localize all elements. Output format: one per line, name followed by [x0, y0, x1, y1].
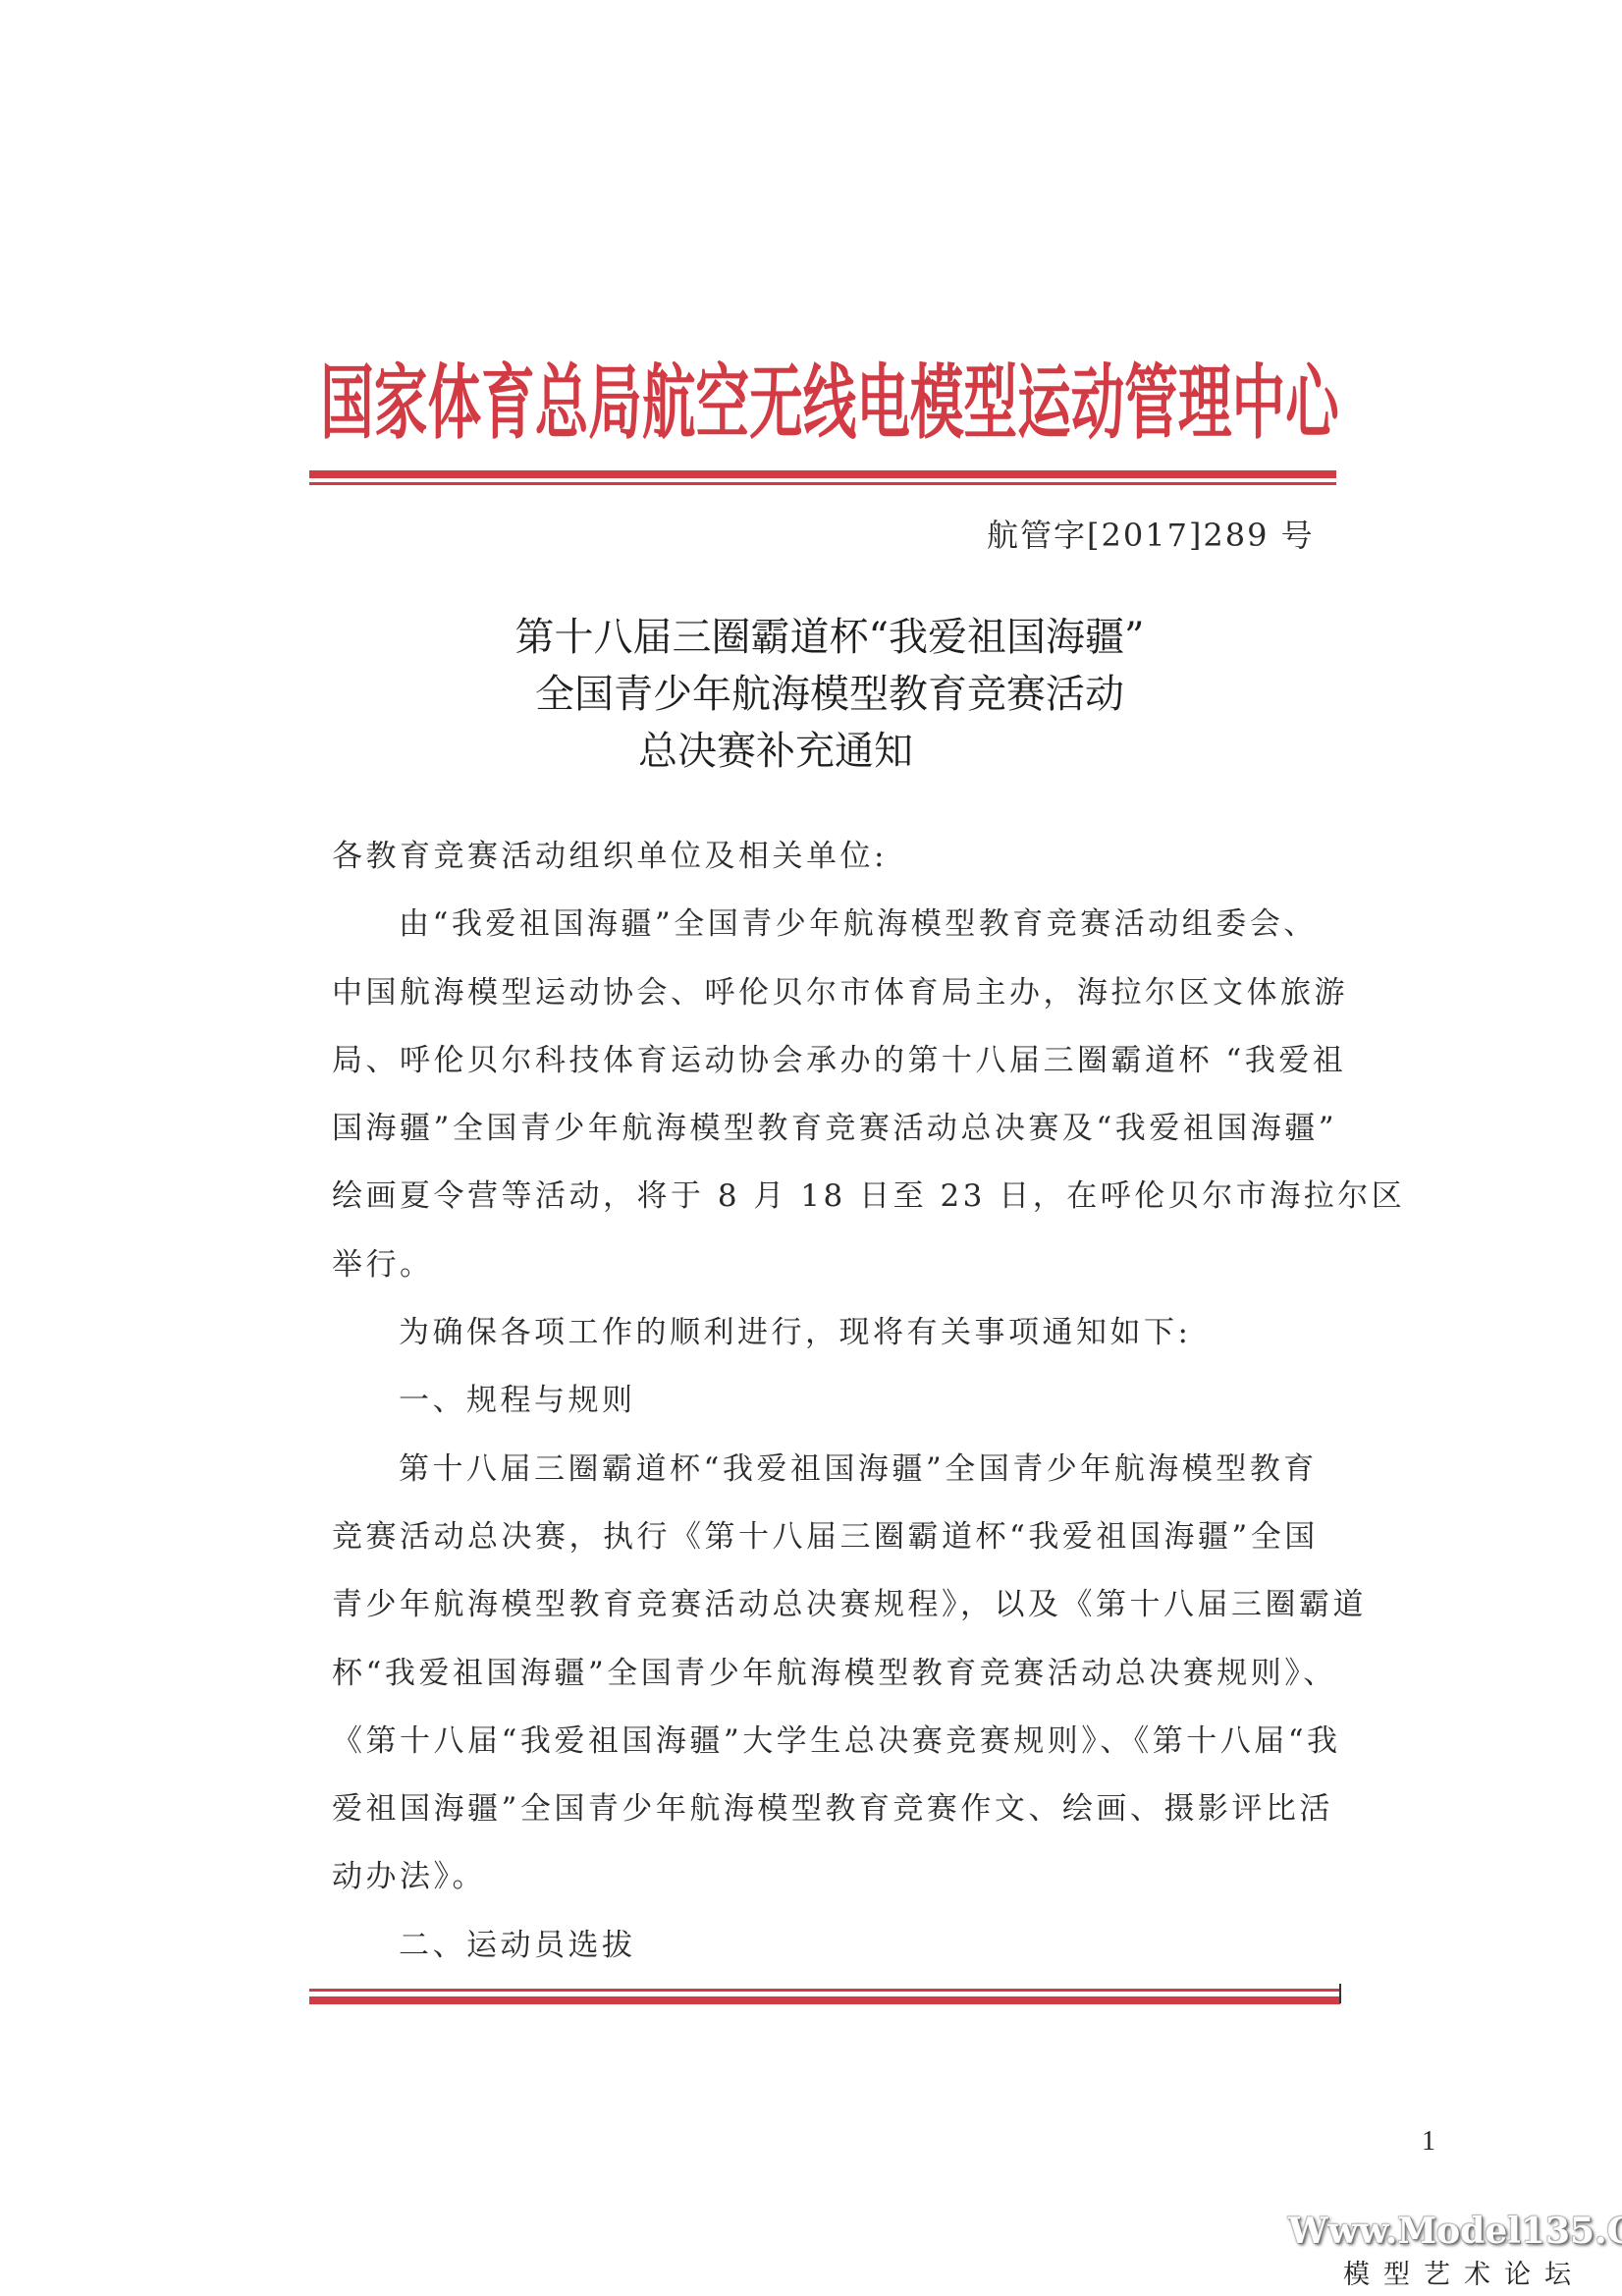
paragraph-line: 局、呼伦贝尔科技体育运动协会承办的第十八届三圈霸道杯 “我爱祖 — [332, 1027, 1324, 1095]
paragraph-line: 绘画夏令营等活动，将于 8 月 18 日至 23 日，在呼伦贝尔市海拉尔区 — [332, 1163, 1324, 1230]
title-line-3: 总决赛补充通知 — [324, 723, 1335, 780]
paragraph-line: 动办法》。 — [332, 1843, 1324, 1911]
watermark-subtitle: 模型艺术论坛 — [1288, 2253, 1622, 2291]
watermark: Www.Model135.Com 模型艺术论坛 — [1288, 2212, 1622, 2291]
title-line-2: 全国青少年航海模型教育竞赛活动 — [324, 666, 1335, 723]
section-heading: 二、运动员选拔 — [332, 1912, 1324, 1980]
issuing-authority-title: 国家体育总局航空无线电模型运动管理中心 — [320, 362, 1338, 444]
paragraph-line: 杯“我爱祖国海疆”全国青少年航海模型教育竞赛活动总决赛规则》、 — [332, 1640, 1324, 1708]
header-rule-thin — [309, 482, 1336, 485]
paragraph-line: 《第十八届“我爱祖国海疆”大学生总决赛竞赛规则》、《第十八届“我 — [332, 1708, 1324, 1776]
footer-rule-thick — [309, 1996, 1340, 2004]
section-heading: 一、规程与规则 — [332, 1367, 1324, 1435]
title-line-1: 第十八届三圈霸道杯“我爱祖国海疆” — [324, 609, 1335, 666]
footer-rule-thin — [309, 1989, 1340, 1992]
paragraph-line: 第十八届三圈霸道杯“我爱祖国海疆”全国青少年航海模型教育 — [332, 1436, 1324, 1503]
paragraph-line: 为确保各项工作的顺利进行，现将有关事项通知如下: — [332, 1299, 1324, 1367]
document-number: 航管字[2017]289 号 — [987, 511, 1281, 556]
footer-rule-end-mark — [1339, 1984, 1341, 2003]
paragraph-line: 举行。 — [332, 1231, 1324, 1299]
masthead: 国家体育总局航空无线电模型运动管理中心 — [324, 355, 1335, 450]
paragraph-line: 青少年航海模型教育竞赛活动总决赛规程》，以及《第十八届三圈霸道 — [332, 1571, 1324, 1639]
document-body: 各教育竞赛活动组织单位及相关单位: 由“我爱祖国海疆”全国青少年航海模型教育竞赛… — [332, 823, 1324, 1980]
header-rule-thick — [309, 470, 1336, 478]
paragraph-line: 中国航海模型运动协会、呼伦贝尔市体育局主办，海拉尔区文体旅游 — [332, 959, 1324, 1027]
page-number: 1 — [1422, 2126, 1435, 2158]
salutation: 各教育竞赛活动组织单位及相关单位: — [332, 823, 1324, 891]
watermark-url: Www.Model135.Com — [1288, 2212, 1622, 2251]
paragraph-line: 国海疆”全国青少年航海模型教育竞赛活动总决赛及“我爱祖国海疆” — [332, 1095, 1324, 1163]
paragraph-line: 竞赛活动总决赛，执行《第十八届三圈霸道杯“我爱祖国海疆”全国 — [332, 1503, 1324, 1571]
document-title: 第十八届三圈霸道杯“我爱祖国海疆” 全国青少年航海模型教育竞赛活动 总决赛补充通… — [324, 609, 1335, 780]
paragraph-line: 爱祖国海疆”全国青少年航海模型教育竞赛作文、绘画、摄影评比活 — [332, 1776, 1324, 1843]
paragraph-line: 由“我爱祖国海疆”全国青少年航海模型教育竞赛活动组委会、 — [332, 891, 1324, 958]
